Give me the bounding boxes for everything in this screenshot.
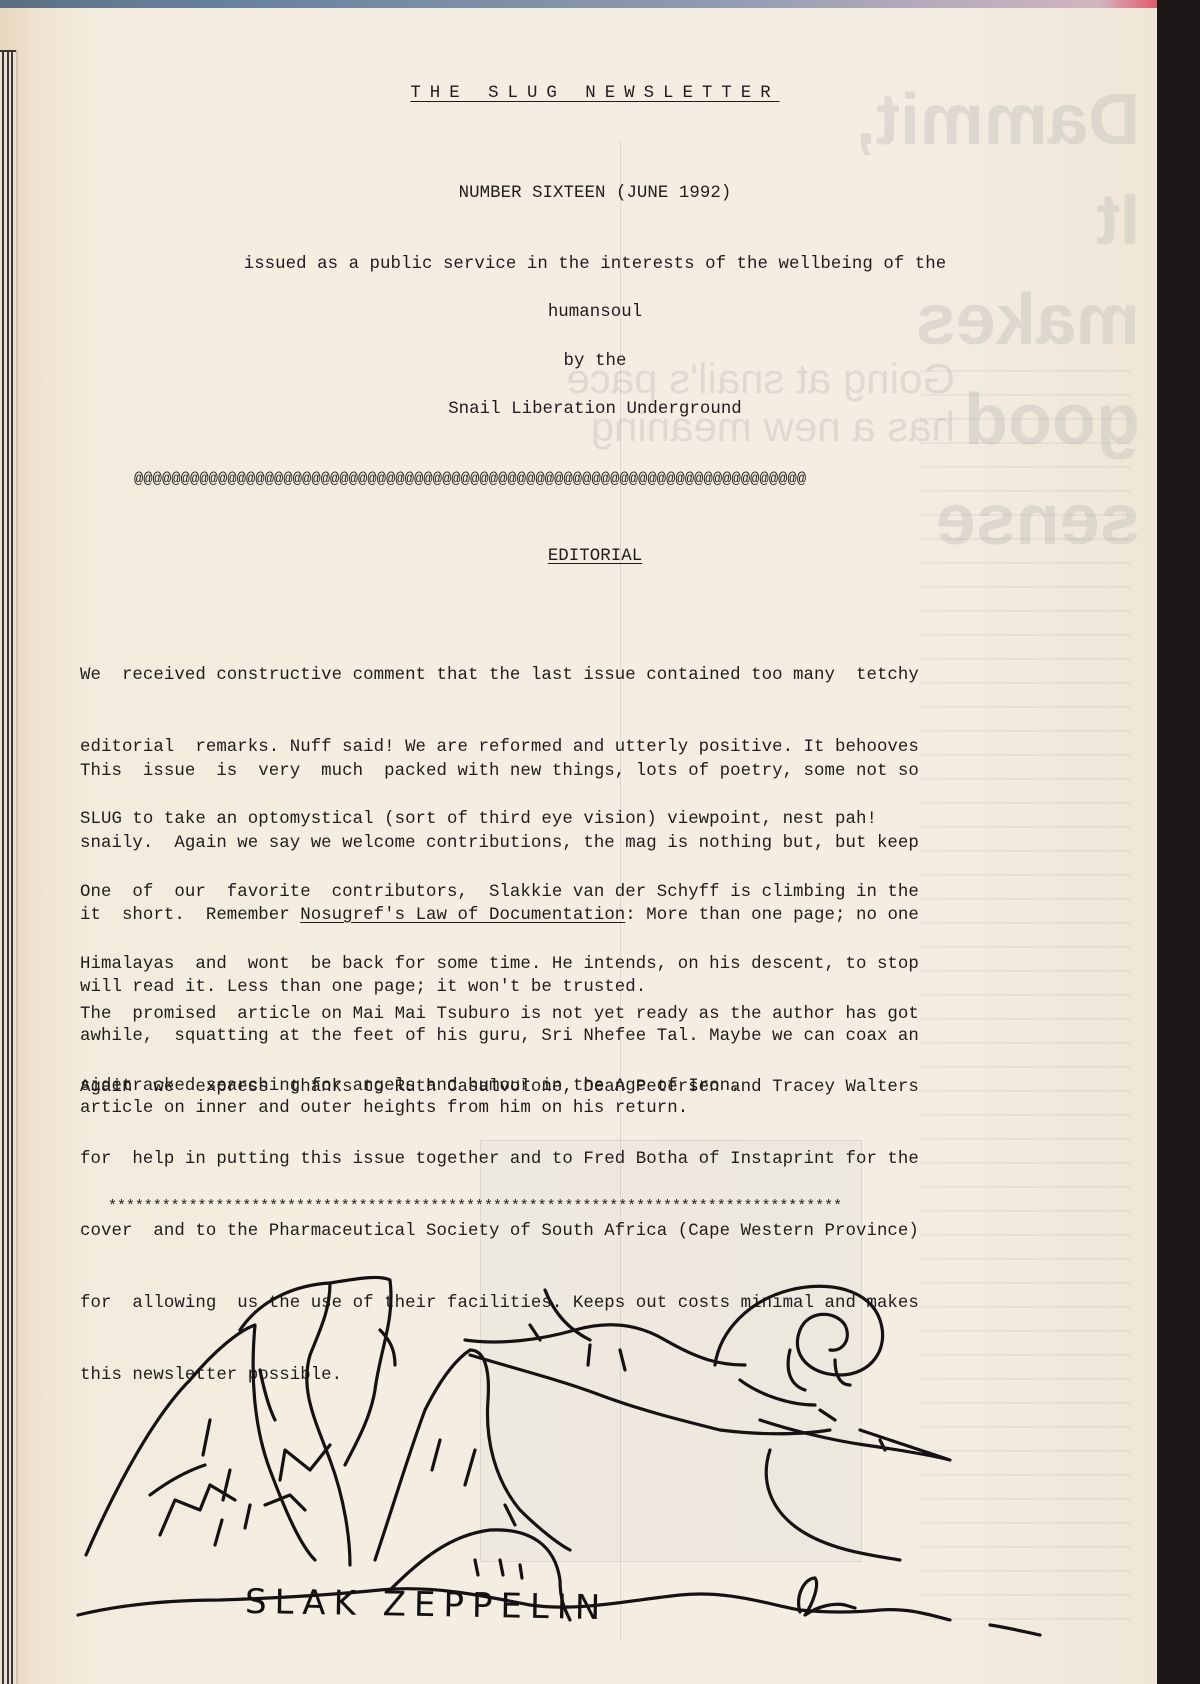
newsletter-page: Dammit,It makesgood sense Going at snail… [0,0,1157,1684]
snail-mountain-illustration [0,0,1157,1684]
artist-signature: SLAK ZEPPELIN [245,1582,609,1628]
